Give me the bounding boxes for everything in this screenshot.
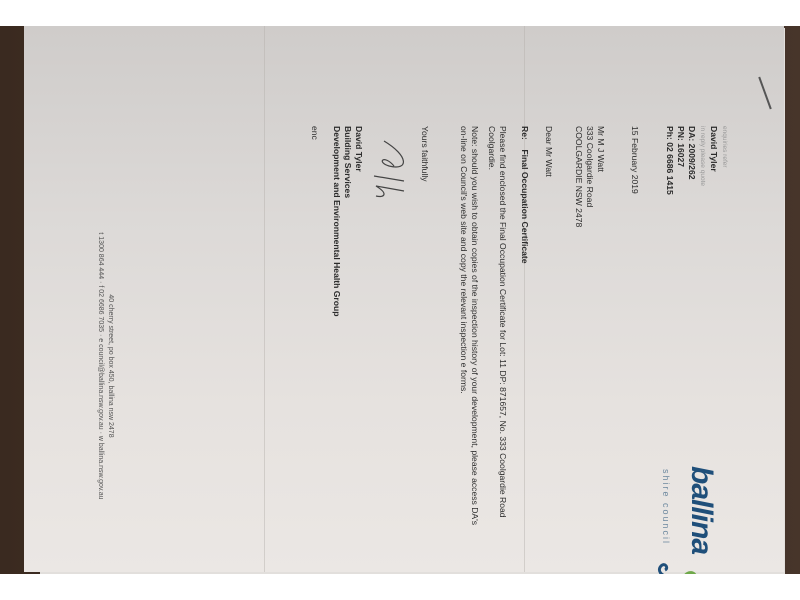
reply-label: in reply please quote bbox=[697, 126, 708, 195]
da-number: DA: 2009/262 bbox=[686, 126, 697, 195]
letter-date: 15 February 2019 bbox=[629, 126, 640, 194]
signature bbox=[370, 136, 414, 246]
enquiries-label: enquiries refer bbox=[719, 126, 730, 195]
contact-name: David Tyler bbox=[708, 126, 719, 195]
salutation: Dear Mr Watt bbox=[543, 126, 554, 177]
letter-content: ballina shire council enquiries refer Da… bbox=[50, 126, 730, 574]
seahorse-icon bbox=[653, 556, 723, 574]
logo-wordmark: ballina bbox=[696, 466, 707, 554]
footer-address: 40 cherry street, po box 450, ballina ns… bbox=[105, 126, 115, 574]
council-logo: ballina shire council bbox=[635, 466, 725, 574]
pn-number: PN: 16027 bbox=[675, 126, 686, 195]
recipient-address: Mr M J Watt 333 Coolgardie Road COOLGARD… bbox=[573, 126, 606, 227]
closing: Yours faithfully bbox=[419, 126, 430, 182]
enclosure-note: enc bbox=[309, 126, 320, 140]
logo-tagline: shire council bbox=[660, 469, 671, 545]
footer: 40 cherry street, po box 450, ballina ns… bbox=[95, 126, 115, 574]
photo-background: ballina shire council enquiries refer Da… bbox=[0, 26, 800, 574]
signatory-block: David Tyler Building Services Developmen… bbox=[331, 126, 364, 317]
body-paragraph-2: Note: should you wish to obtain copies o… bbox=[458, 126, 480, 526]
phone-number: Ph: 02 6686 1415 bbox=[664, 126, 675, 195]
subject-line: Re: Final Occupation Certificate bbox=[519, 126, 530, 264]
footer-contact: t 1300 864 444 · f 02 6686 7035 · e coun… bbox=[95, 126, 105, 574]
body-paragraph-1: Please find enclosed the Final Occupatio… bbox=[486, 126, 508, 526]
